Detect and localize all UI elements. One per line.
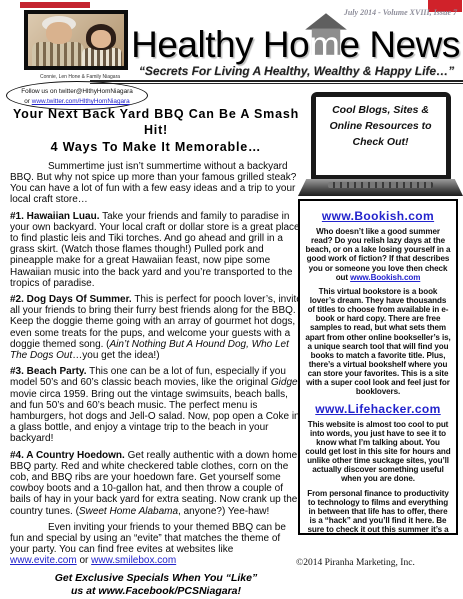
newsletter-page: July 2014 - Volume XVIII, Issue 7 Connie… (0, 0, 463, 599)
laptop-screen-text: Cool Blogs, Sites & Online Resources to … (316, 97, 446, 175)
title-text-left: Healthy Ho (131, 24, 309, 65)
copyright: ©2014 Piranha Marketing, Inc. (296, 558, 415, 568)
red-banner-fragment-left (20, 2, 90, 8)
laptop-screen: Cool Blogs, Sites & Online Resources to … (311, 92, 451, 180)
sidebar: Cool Blogs, Sites & Online Resources to … (298, 92, 463, 535)
laptop-graphic: Cool Blogs, Sites & Online Resources to … (298, 92, 463, 196)
facebook-promo-line2: us at www.Facebook/PCSNiagara! (10, 585, 302, 598)
headline-line2: 4 Ways To Make It Memorable… (10, 139, 302, 155)
item2-lead: #2. Dog Days Of Summer. (10, 294, 132, 305)
twitter-link[interactable]: www.twitter.com/HlthyHomNiagara (32, 98, 130, 105)
owners-photo (24, 10, 128, 70)
bookish-paragraph-2: This virtual bookstore is a book lover’s… (305, 287, 451, 397)
article-item-4: #4. A Country Hoedown. Get really authen… (10, 450, 302, 517)
article-intro: Summertime just isn’t summertime without… (10, 161, 302, 206)
article-item-1: #1. Hawaiian Luau. Take your friends and… (10, 211, 302, 289)
item2-tail: …you get the idea!) (72, 350, 159, 361)
masthead-divider (90, 80, 463, 84)
resources-box: www.Bookish.com Who doesn’t like a good … (298, 199, 458, 535)
article-item-2: #2. Dog Days Of Summer. This is perfect … (10, 294, 302, 361)
bookish-header-link[interactable]: www.Bookish.com (305, 209, 451, 223)
item4-lead: #4. A Country Hoedown. (10, 450, 125, 461)
facebook-promo-line1: Get Exclusive Specials When You “Like” (10, 572, 302, 585)
article-item-3: #3. Beach Party. This one can be a lot o… (10, 366, 302, 444)
photo-person-right (82, 48, 122, 70)
twitter-line2-prefix: or (24, 98, 31, 105)
bookish-paragraph-1: Who doesn’t like a good summer read? Do … (305, 227, 451, 282)
twitter-line1: Follow us on twitter@HlthyHomNiagara (7, 87, 147, 97)
article-closing: Even inviting your friends to your theme… (10, 522, 302, 567)
photo-person-left-face (46, 22, 72, 44)
item1-lead: #1. Hawaiian Luau. (10, 211, 99, 222)
issue-date: July 2014 - Volume XVIII, Issue 7 (344, 8, 457, 17)
lifehacker-paragraph-1: This website is almost too cool to put i… (305, 420, 451, 484)
item3-movie-title: Gidget (271, 377, 300, 388)
lifehacker-paragraph-2: From personal finance to productivity to… (305, 489, 451, 535)
title-text-right: e News (339, 24, 459, 65)
closing-or: or (77, 555, 91, 566)
photo-person-right-face (91, 30, 111, 48)
evite-link[interactable]: www.evite.com (10, 555, 77, 566)
article-headline: Your Next Back Yard BBQ Can Be A Smash H… (10, 106, 302, 155)
facebook-promo: Get Exclusive Specials When You “Like” u… (10, 572, 302, 598)
headline-line1: Your Next Back Yard BBQ Can Be A Smash H… (10, 106, 302, 139)
title-letter-m: m (309, 24, 339, 65)
lifehacker-inline-link[interactable]: www.Lifehacker.com (357, 534, 435, 535)
laptop-base (298, 179, 463, 196)
item3-lead: #3. Beach Party. (10, 366, 87, 377)
item1-text: Take your friends and family to paradise… (10, 211, 300, 289)
house-icon-wrap: m (309, 24, 339, 66)
item3-tail: movie circa 1959. Bring out the vintage … (10, 389, 300, 445)
item4-song-title: Sweet Home Alabama (79, 506, 178, 517)
item4-tail: , anyone?) Yee-haw! (178, 506, 269, 517)
photo-person-left (32, 42, 84, 70)
closing-text: Even inviting your friends to your theme… (10, 522, 286, 555)
main-article: Your Next Back Yard BBQ Can Be A Smash H… (10, 106, 302, 598)
lifehacker-header-link[interactable]: www.Lifehacker.com (305, 402, 451, 416)
smilebox-link[interactable]: www.smilebox.com (91, 555, 176, 566)
newsletter-title: Healthy Home News (128, 24, 463, 66)
bookish-inline-link[interactable]: www.Bookish.com (350, 273, 420, 282)
tagline: “Secrets For Living A Healthy, Wealthy &… (130, 64, 463, 78)
lifehacker-p2-text: From personal finance to productivity to… (307, 489, 449, 535)
